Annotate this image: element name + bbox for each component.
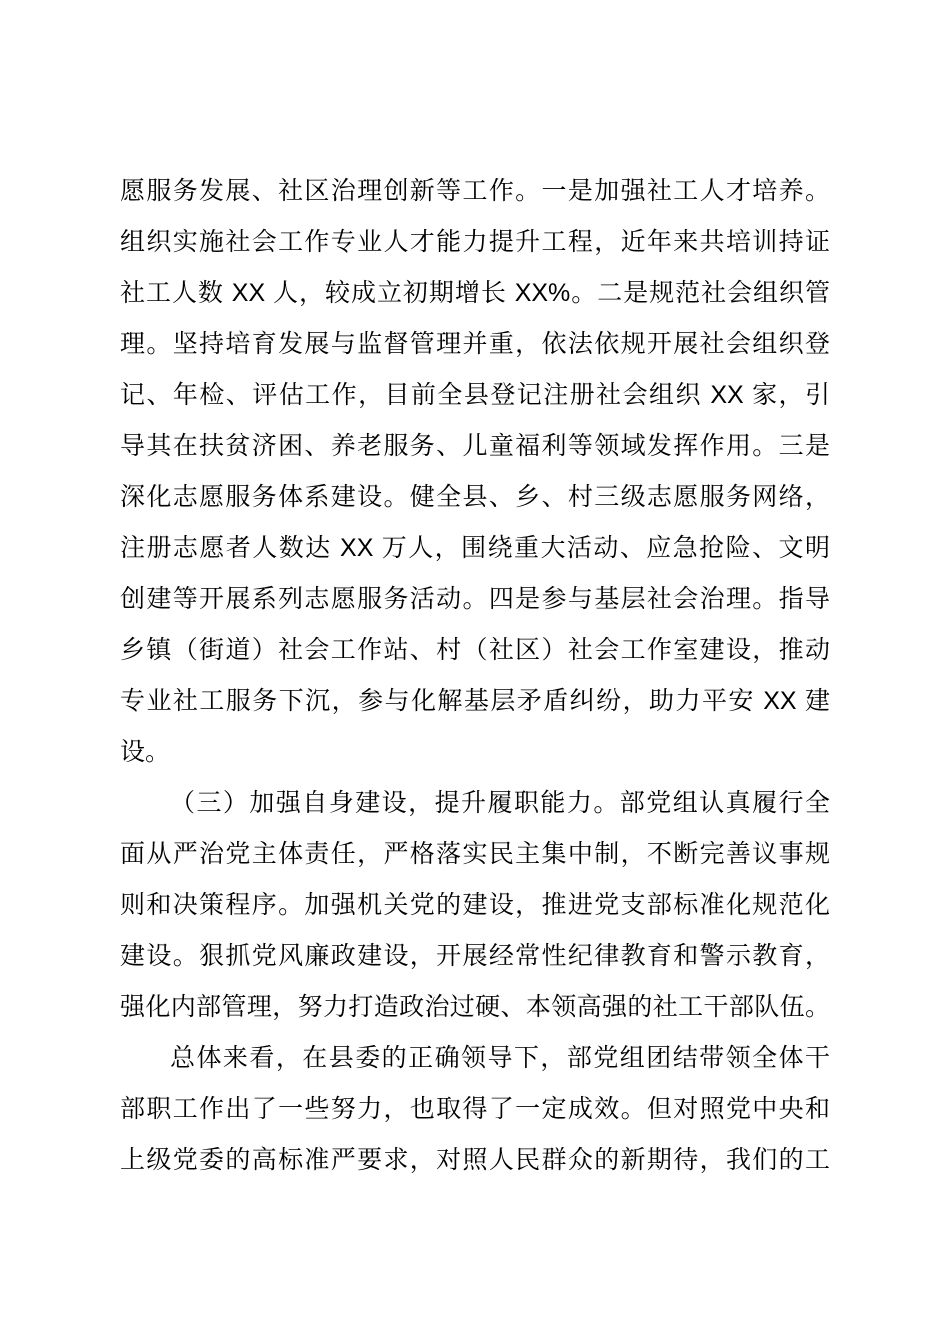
text-line: 部职工作出了一些努力，也取得了一定成效。但对照党中央和 <box>120 1084 830 1135</box>
text-line: 则和决策程序。加强机关党的建设，推进党支部标准化规范化 <box>120 880 830 931</box>
text-line: 创建等开展系列志愿服务活动。四是参与基层社会治理。指导 <box>120 574 830 625</box>
text-line: 上级党委的高标准严要求，对照人民群众的新期待，我们的工 <box>120 1135 830 1186</box>
text-line: 建设。狠抓党风廉政建设，开展经常性纪律教育和警示教育， <box>120 931 830 982</box>
document-text-block: 愿服务发展、社区治理创新等工作。一是加强社工人才培养。 组织实施社会工作专业人才… <box>120 166 830 1186</box>
text-line-paragraph-end: 设。 <box>120 727 830 778</box>
document-page: 愿服务发展、社区治理创新等工作。一是加强社工人才培养。 组织实施社会工作专业人才… <box>0 0 950 1344</box>
text-line: 乡镇（街道）社会工作站、村（社区）社会工作室建设，推动 <box>120 625 830 676</box>
text-line-paragraph-start: 总体来看，在县委的正确领导下，部党组团结带领全体干 <box>120 1033 830 1084</box>
text-line: 社工人数 XX 人，较成立初期增长 XX%。二是规范社会组织管 <box>120 268 830 319</box>
text-line: 组织实施社会工作专业人才能力提升工程，近年来共培训持证 <box>120 217 830 268</box>
text-line: 理。坚持培育发展与监督管理并重，依法依规开展社会组织登 <box>120 319 830 370</box>
text-line: 专业社工服务下沉，参与化解基层矛盾纠纷，助力平安 XX 建 <box>120 676 830 727</box>
text-line: 注册志愿者人数达 XX 万人，围绕重大活动、应急抢险、文明 <box>120 523 830 574</box>
text-line: 导其在扶贫济困、养老服务、儿童福利等领域发挥作用。三是 <box>120 421 830 472</box>
text-line: 强化内部管理，努力打造政治过硬、本领高强的社工干部队伍。 <box>120 982 830 1033</box>
text-line-section-start: （三）加强自身建设，提升履职能力。部党组认真履行全 <box>120 778 830 829</box>
text-line: 记、年检、评估工作，目前全县登记注册社会组织 XX 家，引 <box>120 370 830 421</box>
text-line: 愿服务发展、社区治理创新等工作。一是加强社工人才培养。 <box>120 166 830 217</box>
text-line: 深化志愿服务体系建设。健全县、乡、村三级志愿服务网络， <box>120 472 830 523</box>
text-line: 面从严治党主体责任，严格落实民主集中制，不断完善议事规 <box>120 829 830 880</box>
